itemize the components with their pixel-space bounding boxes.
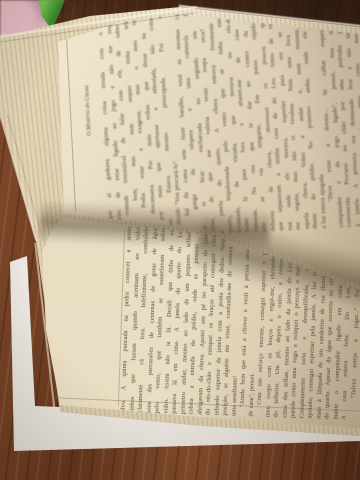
header-rule-line [65, 14, 77, 212]
photo-of-open-book: O Mistério do Cacau ria que aí ganhava a… [0, 0, 360, 480]
right-page-lines: ria que aí ganhava alguma coisa errada c… [96, 0, 360, 240]
